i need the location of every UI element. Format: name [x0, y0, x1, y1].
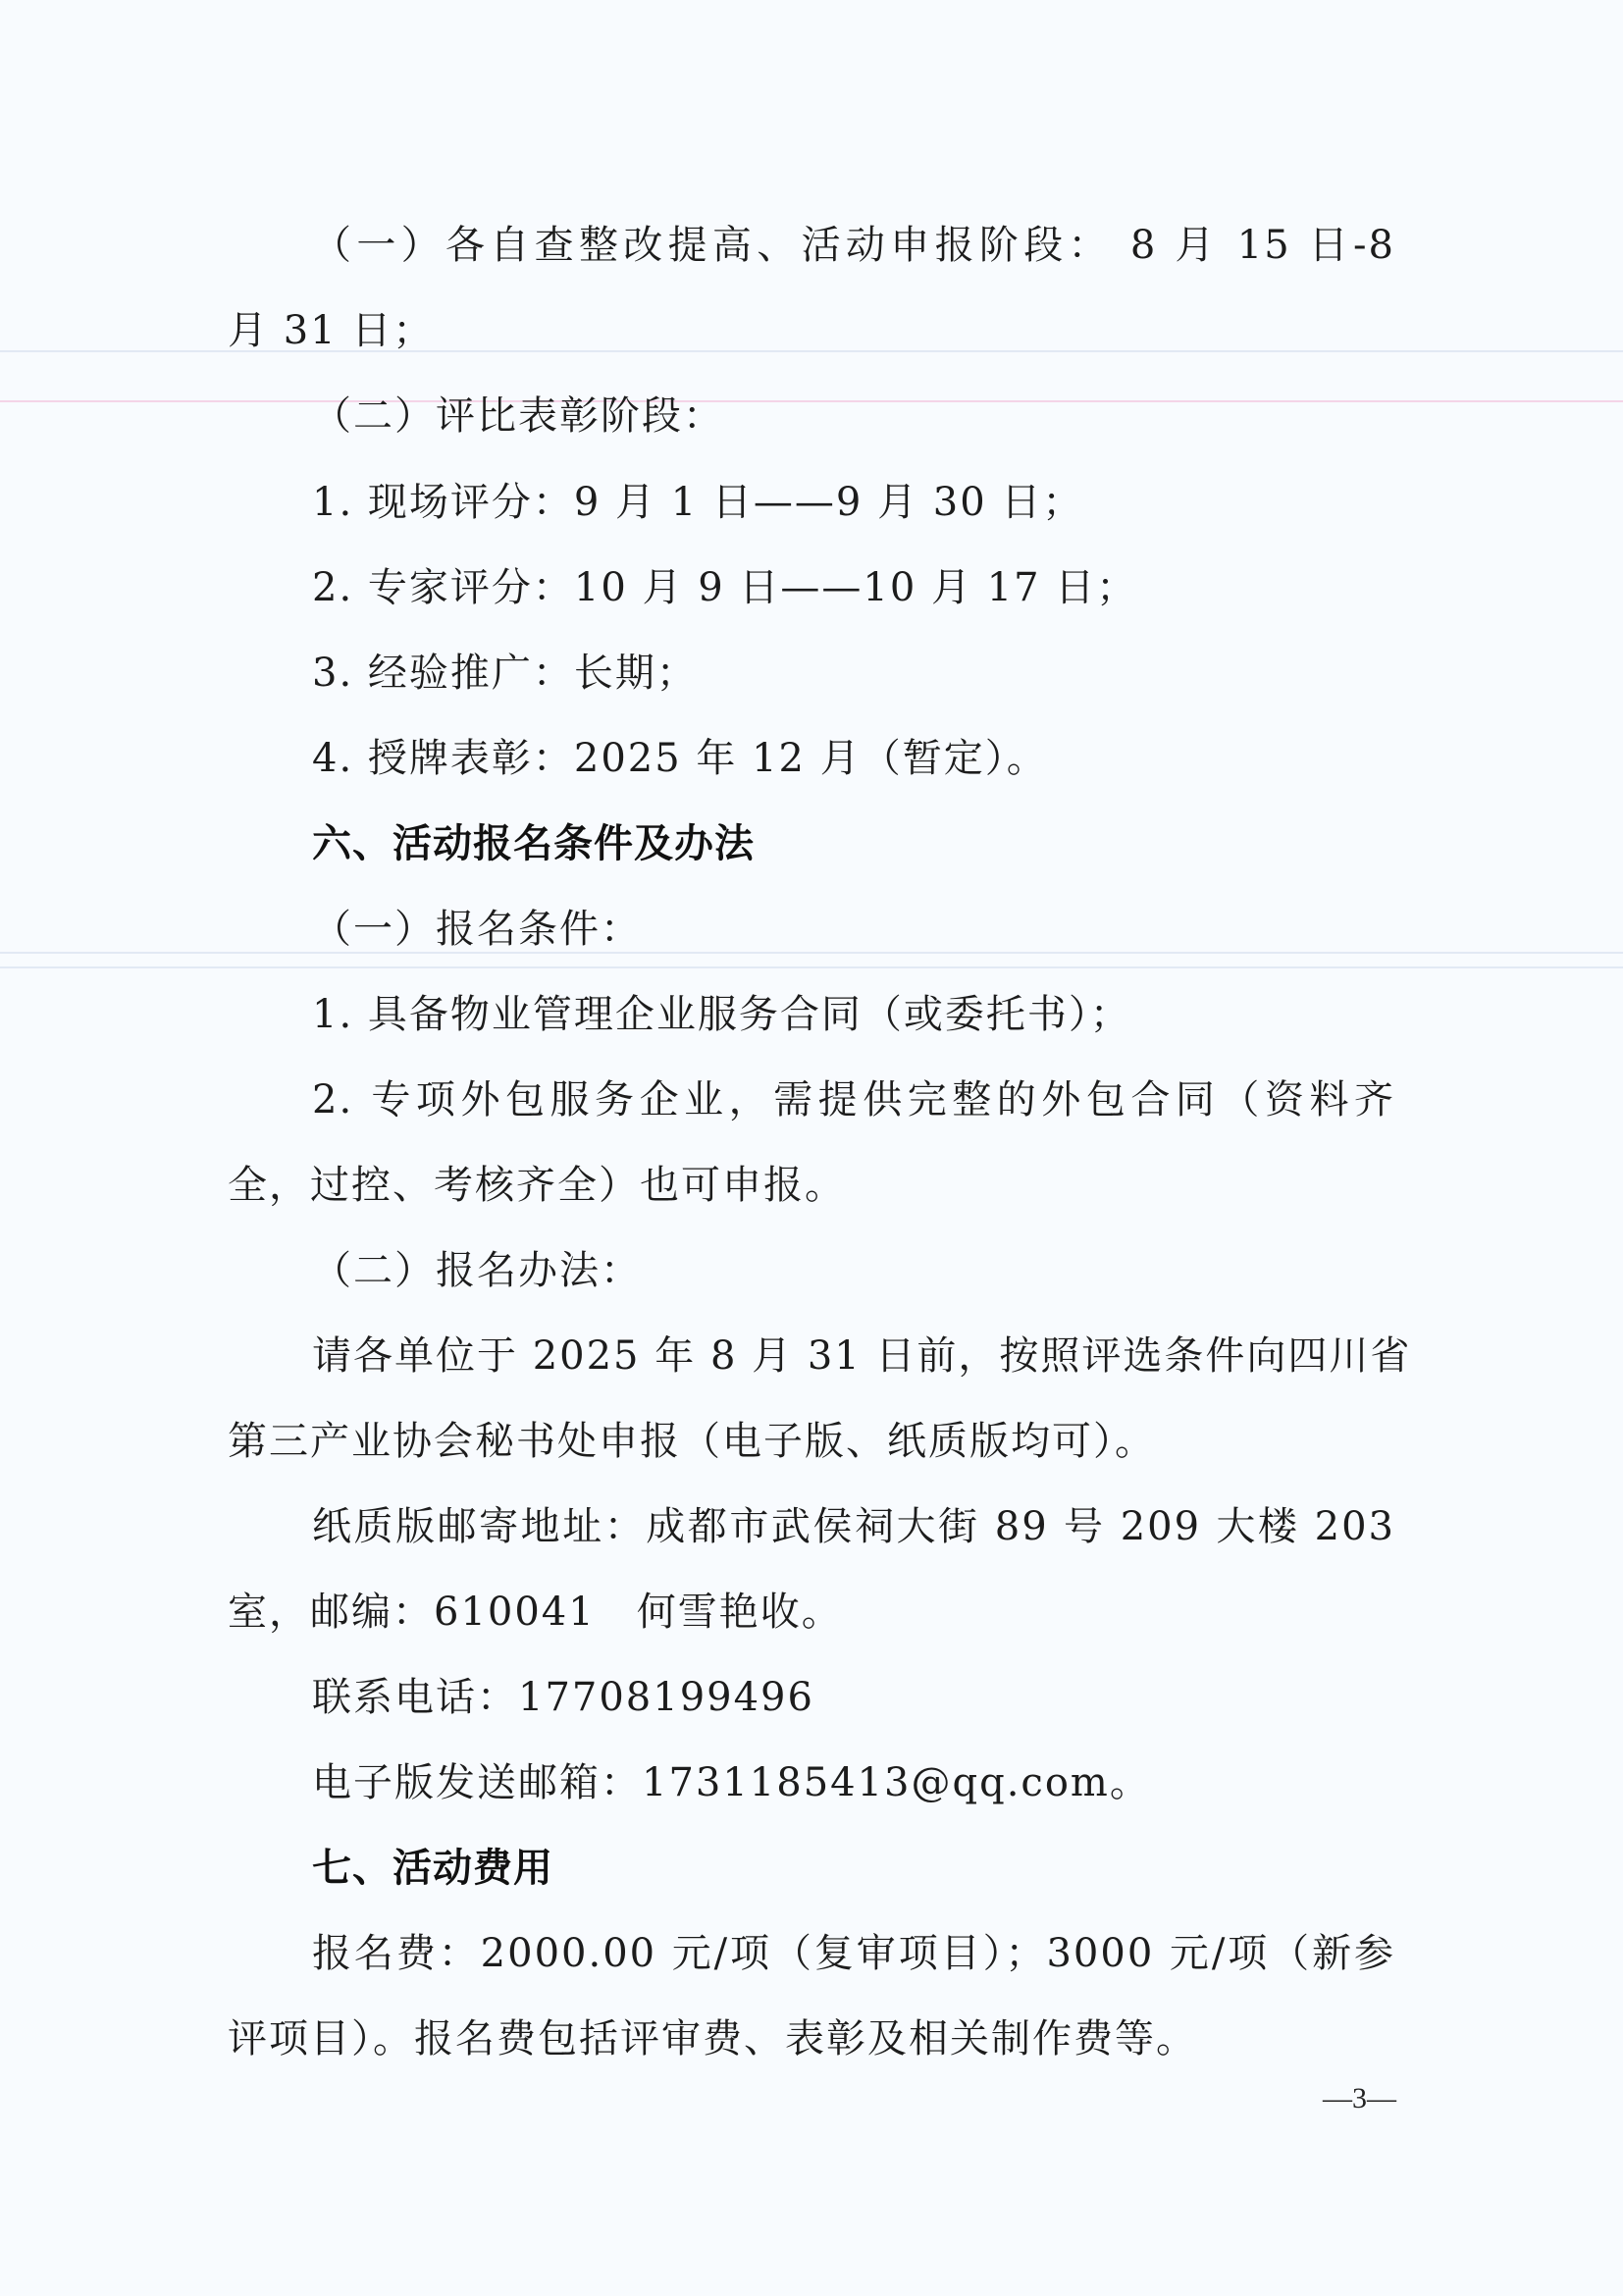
scan-artifact-line — [0, 966, 1623, 968]
condition-item-1: 1. 具备物业管理企业服务合同（或委托书）； — [312, 991, 1480, 1038]
fee-line-2: 评项目）。报名费包括评审费、表彰及相关制作费等。 — [228, 2015, 1395, 2062]
stage-1-line-1: （一）各自查整改提高、活动申报阶段： 8 月 15 日-8 — [312, 222, 1395, 269]
stage-2-item: 3. 经验推广：长期； — [312, 650, 1480, 697]
method-paragraph-line-1: 请各单位于 2025 年 8 月 31 日前，按照评选条件向四川省 — [312, 1332, 1395, 1380]
page-number: —3— — [1323, 2081, 1396, 2116]
stage-2-item: 4. 授牌表彰：2025 年 12 月（暂定）。 — [312, 735, 1480, 782]
section-6-heading: 六、活动报名条件及办法 — [312, 820, 1480, 867]
method-title: （二）报名办法： — [312, 1247, 1480, 1294]
condition-item-2-line-2: 全，过控、考核齐全）也可申报。 — [228, 1162, 1395, 1209]
mailing-address-line-1: 纸质版邮寄地址：成都市武侯祠大街 89 号 209 大楼 203 — [312, 1503, 1395, 1550]
conditions-title: （一）报名条件： — [312, 906, 1480, 953]
method-paragraph-line-2: 第三产业协会秘书处申报（电子版、纸质版均可）。 — [228, 1418, 1395, 1465]
section-7-heading: 七、活动费用 — [312, 1845, 1480, 1892]
stage-1-line-2: 月 31 日； — [228, 307, 1395, 354]
stage-2-item: 1. 现场评分：9 月 1 日——9 月 30 日； — [312, 479, 1480, 526]
stage-2-item: 2. 专家评分：10 月 9 日——10 月 17 日； — [312, 564, 1480, 611]
document-page: （一）各自查整改提高、活动申报阶段： 8 月 15 日-8 月 31 日； （二… — [0, 0, 1623, 2296]
mailing-address-line-2: 室，邮编：610041 何雪艳收。 — [228, 1589, 1395, 1636]
condition-item-2-line-1: 2. 专项外包服务企业，需提供完整的外包合同（资料齐 — [312, 1076, 1395, 1123]
fee-line-1: 报名费：2000.00 元/项（复审项目）；3000 元/项（新参 — [312, 1930, 1395, 1977]
contact-phone: 联系电话：17708199496 — [312, 1674, 1480, 1721]
stage-2-title: （二）评比表彰阶段： — [312, 392, 1480, 440]
submission-email: 电子版发送邮箱：1731185413@qq.com。 — [312, 1759, 1480, 1806]
